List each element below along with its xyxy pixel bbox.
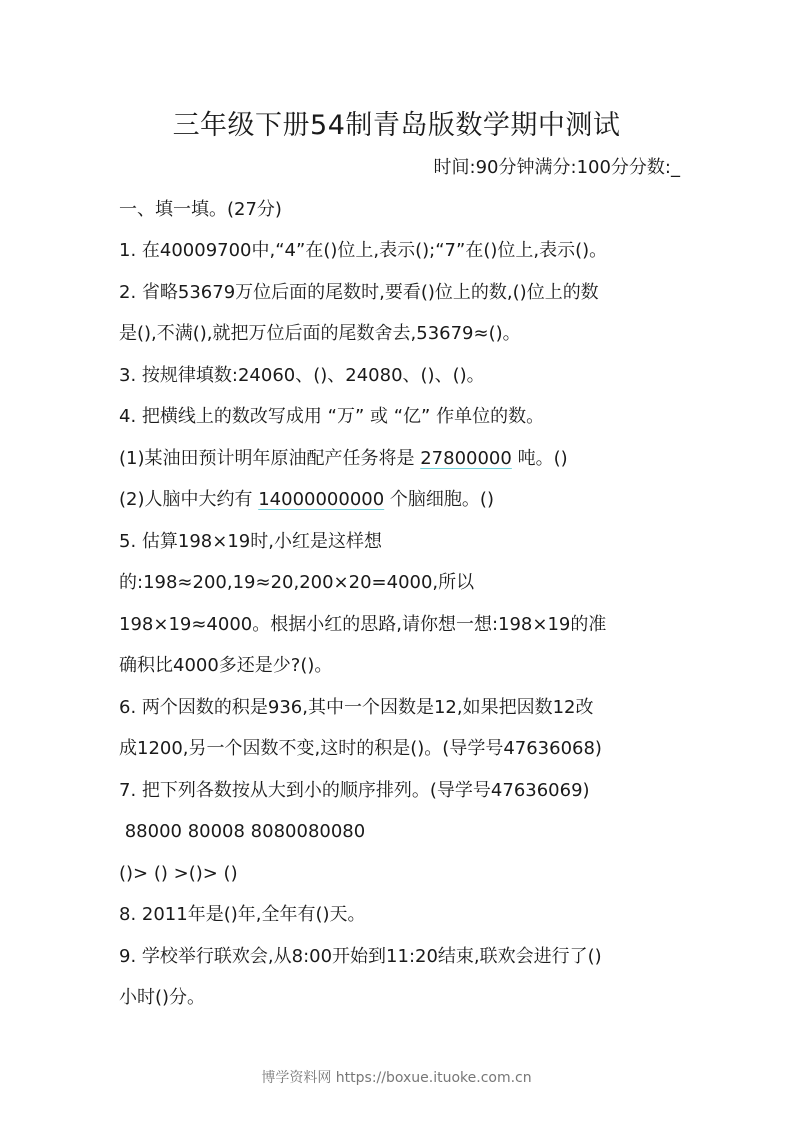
question-7-numbers: 88000 80008 8080080080	[119, 819, 365, 845]
question-1-line: 1. 在40009700中,“4”在()位上,表示();“7”在()位上,表示(…	[119, 238, 607, 264]
sub-2-suffix: 个脑细胞。()	[384, 489, 494, 510]
question-8-line: 8. 2011年是()年,全年有()天。	[119, 902, 366, 928]
question-4-line: 4. 把横线上的数改写成用 “万” 或 “亿” 作单位的数。	[119, 404, 544, 430]
question-2-line-2: 是(),不满(),就把万位后面的尾数舍去,53679≈()。	[119, 321, 521, 347]
section-heading: 一、填一填。(27分)	[119, 197, 282, 223]
question-5-line-1: 5. 估算198×19时,小红是这样想	[119, 529, 382, 555]
question-6-line-2: 成1200,另一个因数不变,这时的积是()。(导学号47636068)	[119, 736, 602, 762]
sub-1-suffix: 吨。()	[512, 448, 568, 469]
question-6-line-1: 6. 两个因数的积是936,其中一个因数是12,如果把因数12改	[119, 695, 594, 721]
exam-meta-line: 时间:90分钟满分:100分分数:_	[434, 155, 680, 181]
question-9-line-1: 9. 学校举行联欢会,从8:00开始到11:20结束,联欢会进行了()	[119, 944, 602, 970]
sub-2-prefix: (2)人脑中大约有	[119, 489, 258, 510]
question-5-line-3: 198×19≈4000。根据小红的思路,请你想一想:198×19的准	[119, 612, 606, 638]
question-4-sub-1: (1)某油田预计明年原油配产任务将是 27800000 吨。()	[119, 446, 568, 472]
question-3-line: 3. 按规律填数:24060、()、24080、()、()。	[119, 363, 485, 389]
question-2-line-1: 2. 省略53679万位后面的尾数时,要看()位上的数,()位上的数	[119, 280, 599, 306]
question-7-line: 7. 把下列各数按从大到小的顺序排列。(导学号47636069)	[119, 778, 590, 804]
question-9-line-2: 小时()分。	[119, 985, 205, 1011]
question-5-line-4: 确积比4000多还是少?()。	[119, 653, 332, 679]
underlined-number: 14000000000	[258, 489, 384, 510]
page-title: 三年级下册54制青岛版数学期中测试	[0, 106, 793, 146]
underlined-number: 27800000	[420, 448, 512, 469]
question-7-answer-blanks: ()> () >()> ()	[119, 861, 238, 887]
question-5-line-2: 的:198≈200,19≈20,200×20=4000,所以	[119, 570, 474, 596]
footer-watermark: 博学资料网 https://boxue.ituoke.com.cn	[0, 1068, 793, 1088]
sub-1-prefix: (1)某油田预计明年原油配产任务将是	[119, 448, 420, 469]
question-4-sub-2: (2)人脑中大约有 14000000000 个脑细胞。()	[119, 487, 494, 513]
